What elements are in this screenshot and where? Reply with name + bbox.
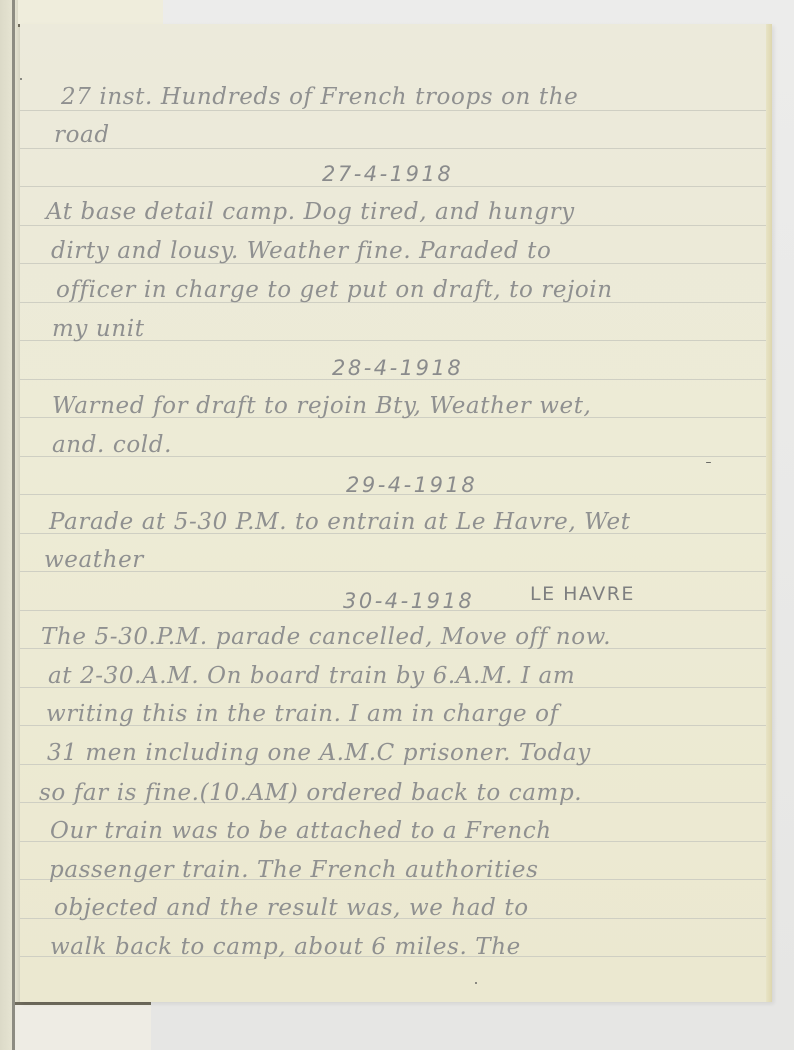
- entry-place: LE HAVRE: [530, 585, 635, 604]
- ruled-line: [20, 110, 766, 111]
- handwritten-line: passenger train. The French authorities: [49, 859, 539, 882]
- handwritten-line: at 2-30.A.M. On board train by 6.A.M. I …: [48, 665, 575, 688]
- handwritten-line: 27 inst. Hundreds of French troops on th…: [61, 86, 578, 109]
- ruled-line: [20, 225, 766, 226]
- handwritten-line: 31 men including one A.M.C prisoner. Tod…: [47, 742, 591, 765]
- page-edge: [766, 24, 772, 1002]
- handwritten-line: road: [54, 124, 110, 147]
- entry-date: 29-4-1918: [346, 475, 477, 496]
- previous-page-edge-bottom: [15, 1002, 151, 1050]
- binding-edge: [12, 0, 15, 1050]
- handwritten-line: The 5-30.P.M. parade cancelled, Move off…: [41, 626, 611, 649]
- handwritten-line: walk back to camp, about 6 miles. The: [50, 936, 521, 959]
- entry-date: 27-4-1918: [322, 164, 453, 185]
- handwritten-line: dirty and lousy. Weather fine. Paraded t…: [51, 240, 551, 263]
- entry-date: 28-4-1918: [332, 358, 463, 379]
- handwritten-line: so far is fine.(10.AM) ordered back to c…: [39, 782, 582, 805]
- ruled-line: [20, 148, 766, 149]
- previous-page-edge-top: [18, 0, 163, 27]
- book-binding: [0, 0, 20, 1050]
- handwritten-line: writing this in the train. I am in charg…: [46, 703, 559, 726]
- handwritten-line: and. cold.: [52, 434, 172, 457]
- ruled-line: [20, 186, 766, 187]
- handwritten-line: At base detail camp. Dog tired, and hung…: [46, 201, 575, 224]
- pencil-mark: [475, 982, 477, 984]
- handwritten-line: my unit: [52, 318, 145, 341]
- handwritten-line: officer in charge to get put on draft, t…: [56, 279, 613, 302]
- diary-page: 27 inst. Hundreds of French troops on th…: [20, 24, 772, 1002]
- entry-date: 30-4-1918: [343, 591, 474, 612]
- handwritten-line: Warned for draft to rejoin Bty, Weather …: [52, 395, 591, 418]
- handwritten-line: weather: [44, 549, 144, 572]
- handwritten-line: Our train was to be attached to a French: [50, 820, 552, 843]
- pencil-mark: [20, 78, 22, 80]
- handwritten-line: objected and the result was, we had to: [54, 897, 529, 920]
- handwritten-line: Parade at 5-30 P.M. to entrain at Le Hav…: [49, 511, 631, 534]
- pencil-mark: [706, 462, 711, 463]
